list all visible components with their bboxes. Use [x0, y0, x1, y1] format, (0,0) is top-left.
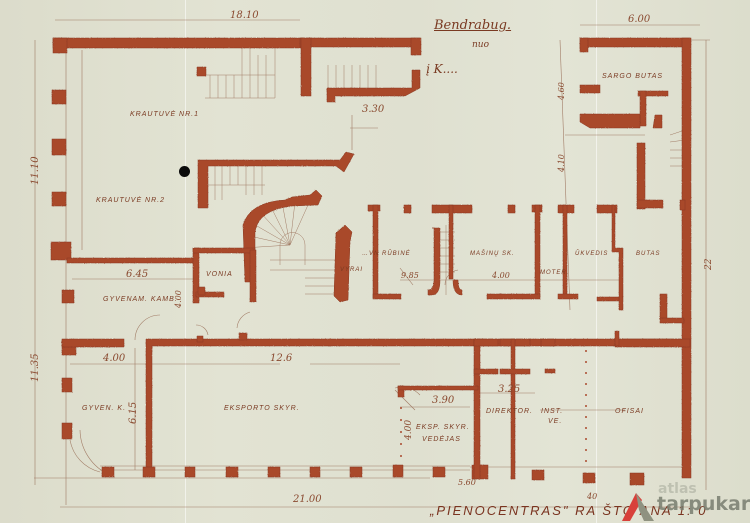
room-label-eksp-skyr: EKSP. SKYR. — [416, 424, 470, 431]
watermark-logo: atlas tarpukaris — [618, 488, 750, 523]
dimension-label: 12.6 — [270, 353, 292, 364]
dimension-label: 21.00 — [293, 494, 322, 505]
room-label-ofisai: OFISAI — [615, 408, 644, 415]
room-label-masinu-sk: MAŠINŲ SK. — [470, 251, 515, 257]
room-label-moter: MOTER. — [540, 270, 569, 276]
dimension-label: 4.00 — [103, 353, 125, 364]
room-label-gyven-k: GYVEN. K. — [82, 405, 126, 412]
dimension-label-vertical: 6.15 — [128, 402, 139, 424]
dimension-label: 4.00 — [492, 271, 510, 280]
dimension-label-vertical: 11.35 — [30, 353, 41, 382]
room-label-direktor: DIREKTOR. — [486, 408, 533, 415]
room-label-rubine: …VN RŪBINĖ — [362, 251, 411, 257]
signature-line-3: į K.... — [426, 62, 458, 76]
dimension-label: 3.30 — [362, 104, 384, 115]
room-label-ukvedis: ŪKVEDIS — [575, 251, 608, 257]
dimension-label: 18.10 — [230, 10, 259, 21]
dimension-label-vertical: 22 — [704, 259, 714, 270]
dimension-label: 6.45 — [126, 269, 148, 280]
room-label-inst: INST. — [541, 408, 563, 415]
dimension-label: 40 — [587, 492, 597, 501]
signature-line-1: Bendrabug. — [434, 18, 511, 33]
room-label-vedejas: VEDĖJAS — [422, 436, 461, 443]
dimension-label-vertical: 4.60 — [557, 82, 566, 100]
room-label-vonia: VONIA — [206, 271, 233, 278]
dimension-label: 9.85 — [401, 271, 419, 280]
room-label-vyrai: VYRAI — [340, 267, 363, 273]
room-label-eksporto-skyr: EKSPORTO SKYR. — [224, 405, 300, 412]
room-label-krautuve-2: KRAUTUVĖ Nr.2 — [96, 197, 165, 204]
floor-plan-sheet: KRAUTUVĖ Nr.1 KRAUTUVĖ Nr.2 VONIA GYVENA… — [0, 0, 750, 523]
dimension-label: 5.60 — [458, 478, 476, 487]
room-label-butas: BUTAS — [636, 251, 661, 257]
room-label-krautuve-1: KRAUTUVĖ Nr.1 — [130, 111, 199, 118]
dimension-label: 6.00 — [628, 14, 650, 25]
dimension-label: 3.25 — [498, 384, 520, 395]
dimension-label-vertical: 4.00 — [174, 290, 183, 308]
room-label-gyvenam-kamb: GYVENAM. KAMB. — [103, 296, 178, 303]
dimension-label-vertical: 11.10 — [30, 156, 41, 185]
room-label-inst-ve: VE. — [548, 418, 562, 425]
punch-hole — [179, 166, 190, 177]
dimension-label-vertical: 4.00 — [404, 420, 414, 440]
tarpukaris-logo-icon — [618, 488, 658, 523]
dimension-label-vertical: 4.10 — [557, 154, 566, 172]
dimension-label: 3.90 — [432, 395, 454, 406]
signature-line-2: nuo — [472, 40, 489, 50]
room-label-sargo-butas: SARGO BUTAS — [602, 73, 663, 80]
watermark-brand: tarpukaris — [657, 493, 750, 515]
